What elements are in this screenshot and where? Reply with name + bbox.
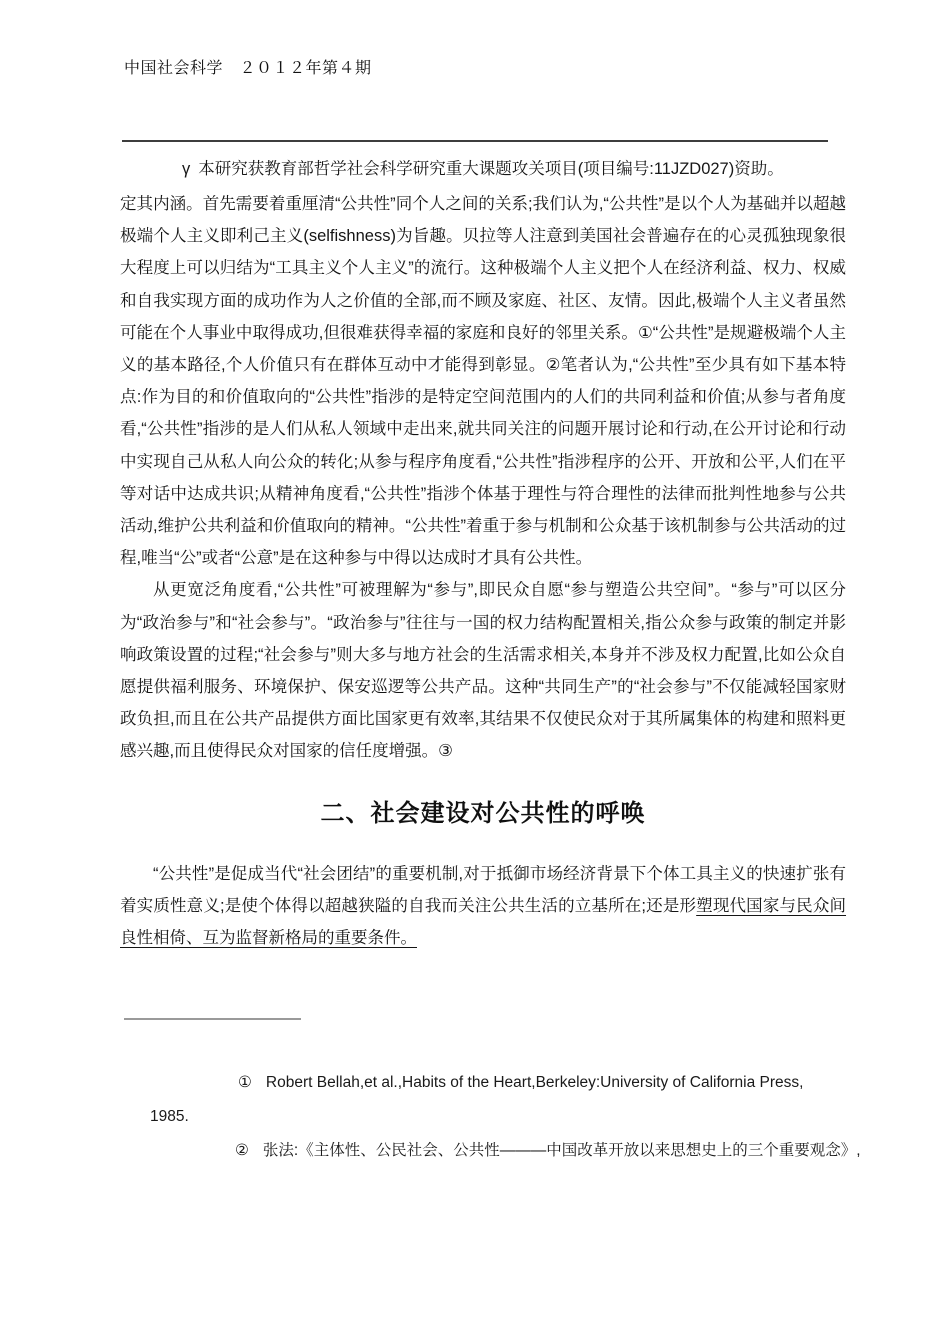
funding-note-marker: γ [182, 160, 190, 178]
journal-header: 中国社会科学 ２０１２年第４期 [124, 55, 372, 78]
footnote-2: ②张法:《主体性、公民社会、公共性———中国改革开放以来思想史上的三个重要观念》… [120, 1134, 880, 1168]
footnote-2-marker: ② [235, 1142, 249, 1159]
document-page: 中国社会科学 ２０１２年第４期 γ本研究获教育部哲学社会科学研究重大课题攻关项目… [0, 0, 950, 1344]
funding-note-text: 本研究获教育部哲学社会科学研究重大课题攻关项目(项目编号:11JZD027)资助… [198, 160, 783, 178]
footnote-1-marker: ① [238, 1074, 252, 1091]
section-heading: 二、社会建设对公共性的呼唤 [120, 798, 846, 830]
article-body: 定其内涵。首先需要着重厘清“公共性”同个人之间的关系;我们认为,“公共性”是以个… [120, 188, 846, 954]
paragraph-1: 定其内涵。首先需要着重厘清“公共性”同个人之间的关系;我们认为,“公共性”是以个… [120, 188, 846, 574]
footnote-divider [124, 1018, 301, 1020]
footnote-2-text: 张法:《主体性、公民社会、公共性———中国改革开放以来思想史上的三个重要观念》, [263, 1142, 861, 1159]
paragraph-2: 从更宽泛角度看,“公共性”可被理解为“参与”,即民众自愿“参与塑造公共空间”。“… [120, 574, 846, 767]
funding-note: γ本研究获教育部哲学社会科学研究重大课题攻关项目(项目编号:11JZD027)资… [120, 156, 890, 182]
header-divider [122, 140, 828, 142]
footnote-1: ①Robert Bellah,et al.,Habits of the Hear… [120, 1066, 880, 1100]
footnote-1-continuation: 1985. [120, 1100, 880, 1134]
footnote-1-text: Robert Bellah,et al.,Habits of the Heart… [266, 1074, 804, 1091]
paragraph-3: “公共性”是促成当代“社会团结”的重要机制,对于抵御市场经济背景下个体工具主义的… [120, 858, 846, 955]
footnotes: ①Robert Bellah,et al.,Habits of the Hear… [120, 1066, 880, 1168]
